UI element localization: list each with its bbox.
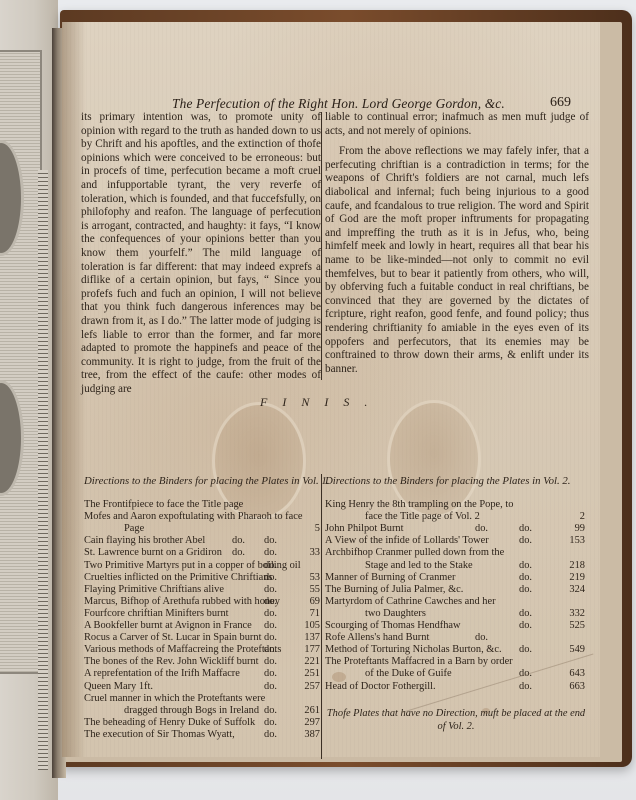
plate-page-number: 332 <box>569 608 585 620</box>
plate-entry: Mofes and Aaron expoftulating with Phara… <box>84 511 322 523</box>
column-rule <box>321 112 322 380</box>
ditto-mark: do. <box>264 535 277 547</box>
plate-title: Flaying Primitive Chriftians alive <box>84 584 224 596</box>
plate-page-number: 177 <box>304 644 320 656</box>
plate-title: Cruelties inflicted on the Primitive Chr… <box>84 572 272 584</box>
ditto-mark: do. <box>264 584 277 596</box>
plate-entry: Page5 <box>84 523 322 535</box>
ditto-mark: do. <box>519 523 532 535</box>
plates-note: Thofe Plates that have no Direction, muf… <box>325 707 587 733</box>
plate-entry: A View of the infide of Lollards' Towerd… <box>325 535 587 547</box>
text-column-left: its primary intention was, to promote un… <box>81 111 321 396</box>
ditto-mark: do. <box>264 560 277 572</box>
plate-title: of the Duke of Guife <box>365 668 452 680</box>
ditto-mark: do. <box>519 608 532 620</box>
ditto-mark: do. <box>475 523 488 535</box>
plate-page-number: 549 <box>569 644 585 656</box>
plate-title: face the Title page of Vol. 2 <box>365 511 480 523</box>
plate-entry: The Frontifpiece to face the Title page <box>84 499 322 511</box>
plate-page-number: 53 <box>310 572 320 584</box>
plate-entry: The Burning of Julia Palmer, &c.do.324 <box>325 584 587 596</box>
plate-title: The Frontifpiece to face the Title page <box>84 499 243 511</box>
plate-entry: Cain flaying his brother Abeldo.do. <box>84 535 322 547</box>
plate-title: dragged through Bogs in Ireland <box>124 705 259 717</box>
plates-heading: Directions to the Binders for placing th… <box>325 475 587 487</box>
ditto-mark: do. <box>264 620 277 632</box>
plate-entry: Fourfcore chriftian Minifters burntdo.71 <box>84 608 322 620</box>
plate-title: two Daughters <box>365 608 426 620</box>
plate-title: The execution of Sir Thomas Wyatt, <box>84 729 235 741</box>
paragraph: From the above reflections we may fafely… <box>325 145 589 376</box>
plate-entry: Rofe Allens's hand Burntdo. <box>325 632 587 644</box>
facing-page-engraving <box>0 0 58 800</box>
finis-mark: FINIS. <box>260 395 382 410</box>
plate-title: The bones of the Rev. John Wickliff burn… <box>84 656 259 668</box>
ditto-mark: do. <box>519 681 532 693</box>
book-page: The Perfecution of the Right Hon. Lord G… <box>62 22 600 757</box>
plates-list-vol1: Directions to the Binders for placing th… <box>84 475 322 741</box>
plate-entry: Manner of Burning of Cranmerdo.219 <box>325 572 587 584</box>
ditto-mark: do. <box>519 560 532 572</box>
plate-title: A View of the infide of Lollards' Tower <box>325 535 489 547</box>
plate-page-number: 219 <box>569 572 585 584</box>
plate-entry: King Henry the 8th trampling on the Pope… <box>325 499 587 511</box>
ditto-mark: do. <box>519 620 532 632</box>
plate-title: Cain flaying his brother Abel <box>84 535 205 547</box>
ditto-mark: do. <box>264 656 277 668</box>
ditto-mark: do. <box>264 572 277 584</box>
plate-entry: Various methods of Maffacreing the Prote… <box>84 644 322 656</box>
plate-title: Manner of Burning of Cranmer <box>325 572 455 584</box>
plate-title: Mofes and Aaron expoftulating with Phara… <box>84 511 302 523</box>
plates-heading: Directions to the Binders for placing th… <box>84 475 322 487</box>
plate-page-number: 643 <box>569 668 585 680</box>
plate-page-number: 257 <box>304 681 320 693</box>
plate-title: Method of Torturing Nicholas Burton, &c. <box>325 644 502 656</box>
plate-entry: Head of Doctor Fothergill.do.663 <box>325 681 587 693</box>
plate-page-number: 71 <box>310 608 320 620</box>
plate-page-number: 218 <box>569 560 585 572</box>
ditto-mark: do. <box>519 644 532 656</box>
ditto-mark: do. <box>264 632 277 644</box>
plate-page-number: 663 <box>569 681 585 693</box>
plate-page-number: 69 <box>310 596 320 608</box>
ditto-mark: do. <box>232 535 245 547</box>
ditto-mark: do. <box>264 547 277 559</box>
plate-title: Head of Doctor Fothergill. <box>325 681 436 693</box>
plate-title: Stage and led to the Stake <box>365 560 473 572</box>
plate-title: The beheading of Henry Duke of Suffolk <box>84 717 255 729</box>
plate-title: Rocus a Carver of St. Lucar in Spain bur… <box>84 632 261 644</box>
plate-entry: The bones of the Rev. John Wickliff burn… <box>84 656 322 668</box>
plate-title: Rofe Allens's hand Burnt <box>325 632 429 644</box>
plate-page-number: 55 <box>310 584 320 596</box>
plate-page-number: 137 <box>304 632 320 644</box>
plate-title: Martyrdom of Cathrine Cawches and her <box>325 596 496 608</box>
plate-title: Scourging of Thomas Hendfhaw <box>325 620 461 632</box>
plate-title: A reprefentation of the Irifh Maffacre <box>84 668 240 680</box>
ditto-mark: do. <box>519 584 532 596</box>
plates-list-vol2: Directions to the Binders for placing th… <box>325 475 587 733</box>
plate-page-number: 324 <box>569 584 585 596</box>
ditto-mark: do. <box>232 547 245 559</box>
plate-entry: face the Title page of Vol. 22 <box>325 511 587 523</box>
ditto-mark: do. <box>264 681 277 693</box>
plate-page-number: 297 <box>304 717 320 729</box>
plate-title: St. Lawrence burnt on a Gridiron <box>84 547 222 559</box>
plate-title: Page <box>124 523 144 535</box>
hatched-border <box>38 170 48 770</box>
plate-page-number: 2 <box>580 511 585 523</box>
plate-page-number: 261 <box>304 705 320 717</box>
ditto-mark: do. <box>264 668 277 680</box>
plate-page-number: 33 <box>310 547 320 559</box>
ditto-mark: do. <box>264 644 277 656</box>
ditto-mark: do. <box>264 596 277 608</box>
plate-title: John Philpot Burnt <box>325 523 404 535</box>
paragraph: its primary intention was, to promote un… <box>81 111 321 396</box>
plate-title: Cruel manner in which the Proteftants we… <box>84 693 265 705</box>
plate-page-number: 387 <box>304 729 320 741</box>
plate-entry: Stage and led to the Stakedo.218 <box>325 560 587 572</box>
plate-title: A Bookfeller burnt at Avignon in France <box>84 620 252 632</box>
plate-title: Queen Mary 1ft. <box>84 681 153 693</box>
plate-entry: Cruel manner in which the Proteftants we… <box>84 693 322 705</box>
ditto-mark: do. <box>264 705 277 717</box>
ditto-mark: do. <box>264 729 277 741</box>
plate-entry: Marcus, Bifhop of Arethufa rubbed with h… <box>84 596 322 608</box>
ditto-mark: do. <box>519 572 532 584</box>
plate-entry: Rocus a Carver of St. Lucar in Spain bur… <box>84 632 322 644</box>
plate-page-number: 221 <box>304 656 320 668</box>
plate-title: Fourfcore chriftian Minifters burnt <box>84 608 229 620</box>
ditto-mark: do. <box>264 608 277 620</box>
plate-entry: Archbifhop Cranmer pulled down from the <box>325 547 587 559</box>
ditto-mark: do. <box>475 632 488 644</box>
plate-title: Various methods of Maffacreing the Prote… <box>84 644 281 656</box>
plate-entry: Cruelties inflicted on the Primitive Chr… <box>84 572 322 584</box>
ditto-mark: do. <box>264 717 277 729</box>
plate-entry: The execution of Sir Thomas Wyatt,do.387 <box>84 729 322 741</box>
plate-entry: A reprefentation of the Irifh Maffacredo… <box>84 668 322 680</box>
plate-page-number: 525 <box>569 620 585 632</box>
plate-entry: Two Primitive Martyrs put in a copper of… <box>84 560 322 572</box>
plate-entry: Scourging of Thomas Hendfhawdo.525 <box>325 620 587 632</box>
plate-page-number: 153 <box>569 535 585 547</box>
plate-entry: John Philpot Burntdo.do.99 <box>325 523 587 535</box>
plate-title: The Burning of Julia Palmer, &c. <box>325 584 463 596</box>
plate-title: The Proteftants Maffacred in a Barn by o… <box>325 656 513 668</box>
plate-title: Marcus, Bifhop of Arethufa rubbed with h… <box>84 596 280 608</box>
text-column-right: liable to continual error; inafmuch as m… <box>325 111 589 376</box>
page-number: 669 <box>550 95 571 111</box>
ditto-mark: do. <box>519 535 532 547</box>
paragraph: liable to continual error; inafmuch as m… <box>325 111 589 138</box>
plate-page-number: 99 <box>575 523 585 535</box>
plate-entry: The beheading of Henry Duke of Suffolkdo… <box>84 717 322 729</box>
plate-title: Archbifhop Cranmer pulled down from the <box>325 547 504 559</box>
plate-page-number: 251 <box>304 668 320 680</box>
plate-entry: Queen Mary 1ft.do.257 <box>84 681 322 693</box>
plate-entry: A Bookfeller burnt at Avignon in Franced… <box>84 620 322 632</box>
plate-entry: St. Lawrence burnt on a Gridirondo.do.33 <box>84 547 322 559</box>
plate-page-number: 5 <box>315 523 320 535</box>
plate-page-number: 105 <box>304 620 320 632</box>
plate-entry: Martyrdom of Cathrine Cawches and her <box>325 596 587 608</box>
plate-entry: dragged through Bogs in Irelanddo.261 <box>84 705 322 717</box>
plate-entry: two Daughtersdo.332 <box>325 608 587 620</box>
plate-entry: Method of Torturing Nicholas Burton, &c.… <box>325 644 587 656</box>
plate-entry: Flaying Primitive Chriftians alivedo.55 <box>84 584 322 596</box>
running-head: The Perfecution of the Right Hon. Lord G… <box>172 96 602 112</box>
plate-title: King Henry the 8th trampling on the Pope… <box>325 499 513 511</box>
plate-entry: of the Duke of Guifedo.643 <box>325 668 587 680</box>
